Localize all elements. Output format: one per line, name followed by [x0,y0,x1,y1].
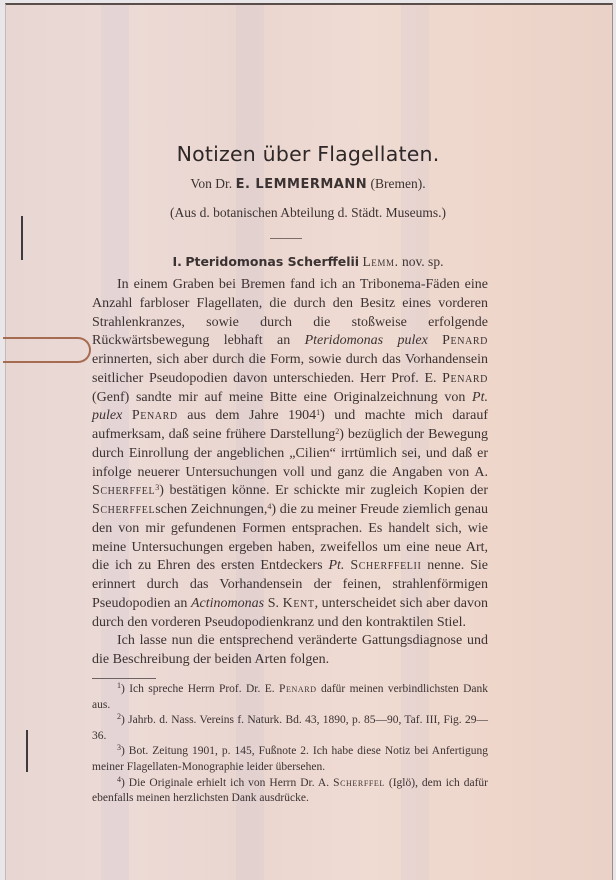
section-species: Pteridomonas Scherffelii [185,254,359,269]
paragraph-2: Ich lasse nun die entsprechend verändert… [92,632,488,670]
author-name: E. LEMMERMANN [236,177,368,192]
section-suffix: nov. sp. [402,254,444,269]
paragraph-1: In einem Graben bei Bremen fand ich an T… [92,276,488,632]
staple-bottom [26,730,28,772]
section-heading: I. Pteridomonas Scherffelii Lemm. nov. s… [0,254,616,270]
section-number: I. [173,254,182,269]
footnotes: 1) Ich spreche Herrn Prof. Dr. E. Penard… [92,682,488,807]
footnote-2: 2) Jahrb. d. Nass. Vereins f. Naturk. Bd… [92,713,488,744]
author-location: (Bremen). [370,176,425,191]
author-line: Von Dr. E. LEMMERMANN (Bremen). [0,176,616,192]
page-title: Notizen über Flagellaten. [0,142,616,166]
pen-mark [3,337,91,363]
author-prefix: Von Dr. [190,176,232,191]
body-text: In einem Graben bei Bremen fand ich an T… [92,276,488,670]
title-divider [270,238,302,239]
affiliation: (Aus d. botanischen Abteilung d. Städt. … [0,205,616,221]
footnote-divider [92,678,156,679]
footnote-4: 4) Die Originale erhielt ich von Herrn D… [92,776,488,807]
footnote-3: 3) Bot. Zeitung 1901, p. 145, Fußnote 2.… [92,744,488,775]
section-author: Lemm. [362,254,398,269]
footnote-1: 1) Ich spreche Herrn Prof. Dr. E. Penard… [92,682,488,713]
